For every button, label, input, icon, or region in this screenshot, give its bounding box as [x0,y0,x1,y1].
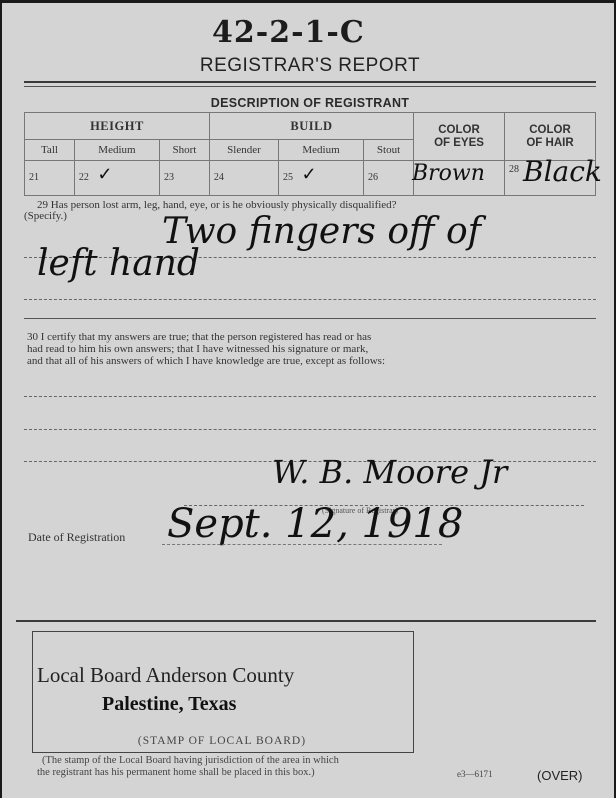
question-29-specify: (Specify.) [24,210,67,222]
over-indicator: (OVER) [537,768,583,783]
form-number: e3—6171 [457,769,493,779]
build-stout-cell: 26 [364,161,414,196]
stamp-note: (The stamp of the Local Board having jur… [37,755,339,779]
hair-color-header: COLOR OF HAIR [505,113,596,161]
height-tall-label: Tall [25,140,75,161]
height-tall-cell: 21 [25,161,75,196]
serial-number: 42-2-1-C [212,15,365,50]
stamp-location: Palestine, Texas [102,693,236,716]
check-mark-icon: ✓ [97,164,112,184]
date-line [162,544,442,545]
eye-color-cell: Brown [414,161,505,196]
build-medium-label: Medium [279,140,364,161]
eye-color-value: Brown [412,161,485,186]
exception-line [24,429,596,430]
question-30-text: 30 I certify that my answers are true; t… [27,331,602,367]
build-header: BUILD [209,113,413,140]
height-header: HEIGHT [25,113,210,140]
registration-date-value: Sept. 12, 1918 [167,501,463,547]
eye-color-header: COLOR OF EYES [414,113,505,161]
divider [24,86,596,87]
question-29-answer-line1: Two fingers off of [162,211,481,252]
description-table: HEIGHT BUILD COLOR OF EYES COLOR OF HAIR… [24,112,596,196]
build-slender-label: Slender [209,140,278,161]
stamp-board-name: Local Board Anderson County [37,663,294,688]
build-medium-cell: 25 ✓ [279,161,364,196]
answer-line [24,299,596,300]
build-slender-cell: 24 [209,161,278,196]
stamp-caption: (STAMP OF LOCAL BOARD) [32,735,412,747]
question-29-answer-line2: left hand [37,243,200,284]
registration-card: 42-2-1-C REGISTRAR'S REPORT DESCRIPTION … [2,3,614,798]
build-stout-label: Stout [364,140,414,161]
hair-color-value: Black [523,155,602,188]
divider [24,318,596,319]
divider [24,81,596,83]
height-short-label: Short [159,140,209,161]
height-medium-label: Medium [74,140,159,161]
section-heading: DESCRIPTION OF REGISTRANT [2,96,616,110]
height-medium-cell: 22 ✓ [74,161,159,196]
hair-color-cell: 28 Black [505,161,596,196]
divider [16,620,596,622]
registration-date-label: Date of Registration [28,530,125,545]
height-short-cell: 23 [159,161,209,196]
exception-line [24,396,596,397]
check-mark-icon: ✓ [302,164,317,184]
registrar-signature: W. B. Moore Jr [272,453,507,491]
page-title: REGISTRAR'S REPORT [2,55,616,77]
question-29-text: 29 Has person lost arm, leg, hand, eye, … [37,199,397,211]
